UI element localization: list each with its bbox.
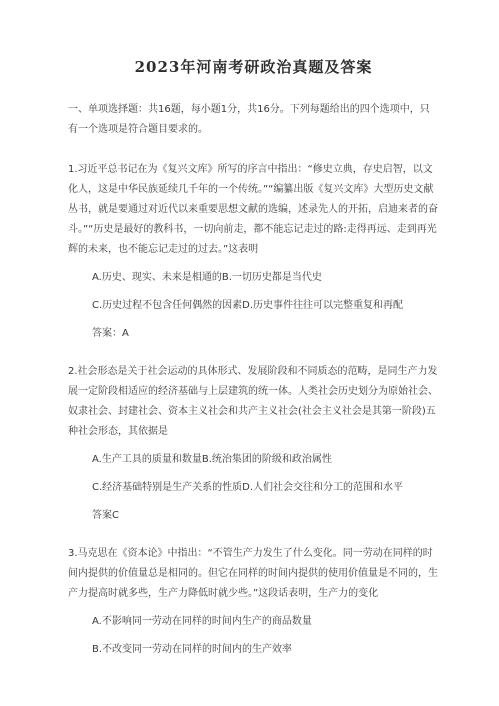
option-line-cd: C.经济基础特别是生产关系的性质D.人们社会交往和分工的范围和水平 [68,478,439,498]
answer-line: 答案C [68,506,439,526]
option-line-a: A.不影响同一劳动在同样的时间内生产的商品数量 [68,612,439,632]
option-line-ab: A.历史、现实、未来是相通的B.一切历史都是当代史 [68,268,439,288]
option-line-cd: C.历史过程不包含任何偶然的因素D.历史事件往往可以完整重复和再配 [68,296,439,316]
document-page: 2023年河南考研政治真题及答案 一、单项选择题：共16题，每小题1分，共16分… [0,0,499,706]
question-stem: 3.马克思在《资本论》中指出：“不管生产力发生了什么变化。同一劳动在同样的时间内… [68,544,439,604]
option-line-ab: A.生产工具的质量和数量B.统治集团的阶级和政治属性 [68,450,439,470]
section-intro: 一、单项选择题：共16题，每小题1分，共16分。下列每题给出的四个选项中，只有一… [68,100,439,140]
question-stem: 2.社会形态是关于社会运动的具体形式、发展阶段和不同质态的范畴，是同生产力发展一… [68,362,439,442]
document-title: 2023年河南考研政治真题及答案 [68,57,439,77]
option-line-b: B.不改变同一劳动在同样的时间内的生产效率 [68,640,439,660]
question-stem: 1.习近平总书记在为《复兴文库》所写的序言中指出：“修史立典，存史启智，以文化人… [68,160,439,260]
question-block-3: 3.马克思在《资本论》中指出：“不管生产力发生了什么变化。同一劳动在同样的时间内… [68,544,439,660]
question-block-2: 2.社会形态是关于社会运动的具体形式、发展阶段和不同质态的范畴，是同生产力发展一… [68,362,439,526]
answer-line: 答案：A [68,324,439,344]
question-block-1: 1.习近平总书记在为《复兴文库》所写的序言中指出：“修史立典，存史启智，以文化人… [68,160,439,344]
